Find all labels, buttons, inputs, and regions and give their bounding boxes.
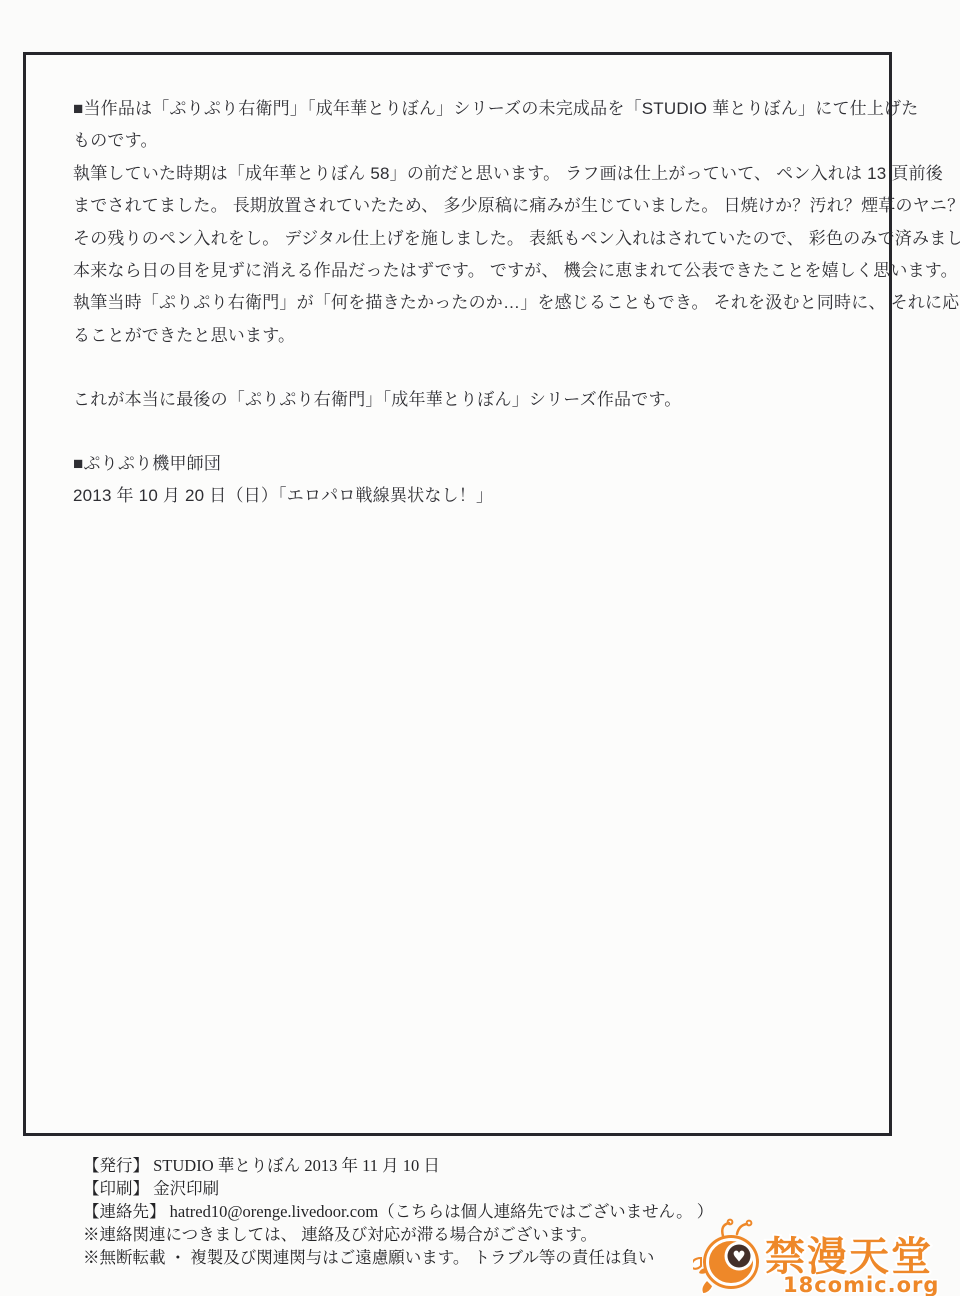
body-text-line: ることができたと思います。 <box>73 320 863 352</box>
watermark-logo: ♥ 禁漫天堂 18comic.org <box>693 1218 953 1296</box>
page-border-frame: ■当作品は「ぷりぷり右衛門」「成年華とりぼん」シリーズの未完成品を「STUDIO… <box>23 52 892 1136</box>
afterword-text: ■当作品は「ぷりぷり右衛門」「成年華とりぼん」シリーズの未完成品を「STUDIO… <box>73 93 863 512</box>
body-text-line: までされてました。 長期放置されていたため、 多少原稿に痛みが生じていました。 … <box>73 190 863 222</box>
paragraph-main: ■当作品は「ぷりぷり右衛門」「成年華とりぼん」シリーズの未完成品を「STUDIO… <box>73 93 863 352</box>
body-text-line: ものです。 <box>73 125 863 157</box>
colophon-printer-line: 【印刷】 金沢印刷 <box>83 1177 883 1200</box>
body-text-line: その残りのペン入れをし。 デジタル仕上げを施しました。 表紙もペン入れはされてい… <box>73 223 863 255</box>
body-text-line: ■当作品は「ぷりぷり右衛門」「成年華とりぼん」シリーズの未完成品を「STUDIO… <box>73 93 863 125</box>
credits-block: ■ぷりぷり機甲師団 2013 年 10 月 20 日（日）「エロパロ戦線異状なし… <box>73 448 863 513</box>
mascot-icon: ♥ <box>693 1220 759 1294</box>
body-text-line: 執筆していた時期は「成年華とりぼん 58」の前だと思います。 ラフ画は仕上がって… <box>73 158 863 190</box>
colophon-publisher-line: 【発行】 STUDIO 華とりぼん 2013 年 11 月 10 日 <box>83 1154 883 1177</box>
circle-name: ■ぷりぷり機甲師団 <box>73 448 863 480</box>
credits-date-line: 2013 年 10 月 20 日（日）「エロパロ戦線異状なし！」 <box>73 480 863 512</box>
paragraph-final-statement: これが本当に最後の「ぷりぷり右衛門」「成年華とりぼん」シリーズ作品です。 <box>73 384 863 416</box>
body-text-line: 本来なら日の目を見ずに消える作品だったはずです。 ですが、 機会に恵まれて公表で… <box>73 255 863 287</box>
body-text-line: これが本当に最後の「ぷりぷり右衛門」「成年華とりぼん」シリーズ作品です。 <box>73 384 863 416</box>
watermark-site-url: 18comic.org <box>783 1273 939 1296</box>
svg-text:♥: ♥ <box>732 1248 745 1266</box>
body-text-line: 執筆当時「ぷりぷり右衛門」が「何を描きたかったのか…」を感じることもでき。 それ… <box>73 287 863 319</box>
site-watermark: ♥ 禁漫天堂 18comic.org <box>693 1218 953 1296</box>
scanned-page: { "body": { "para1": [ "■当作品は「ぷりぷり右衛門」「成… <box>0 0 960 1296</box>
